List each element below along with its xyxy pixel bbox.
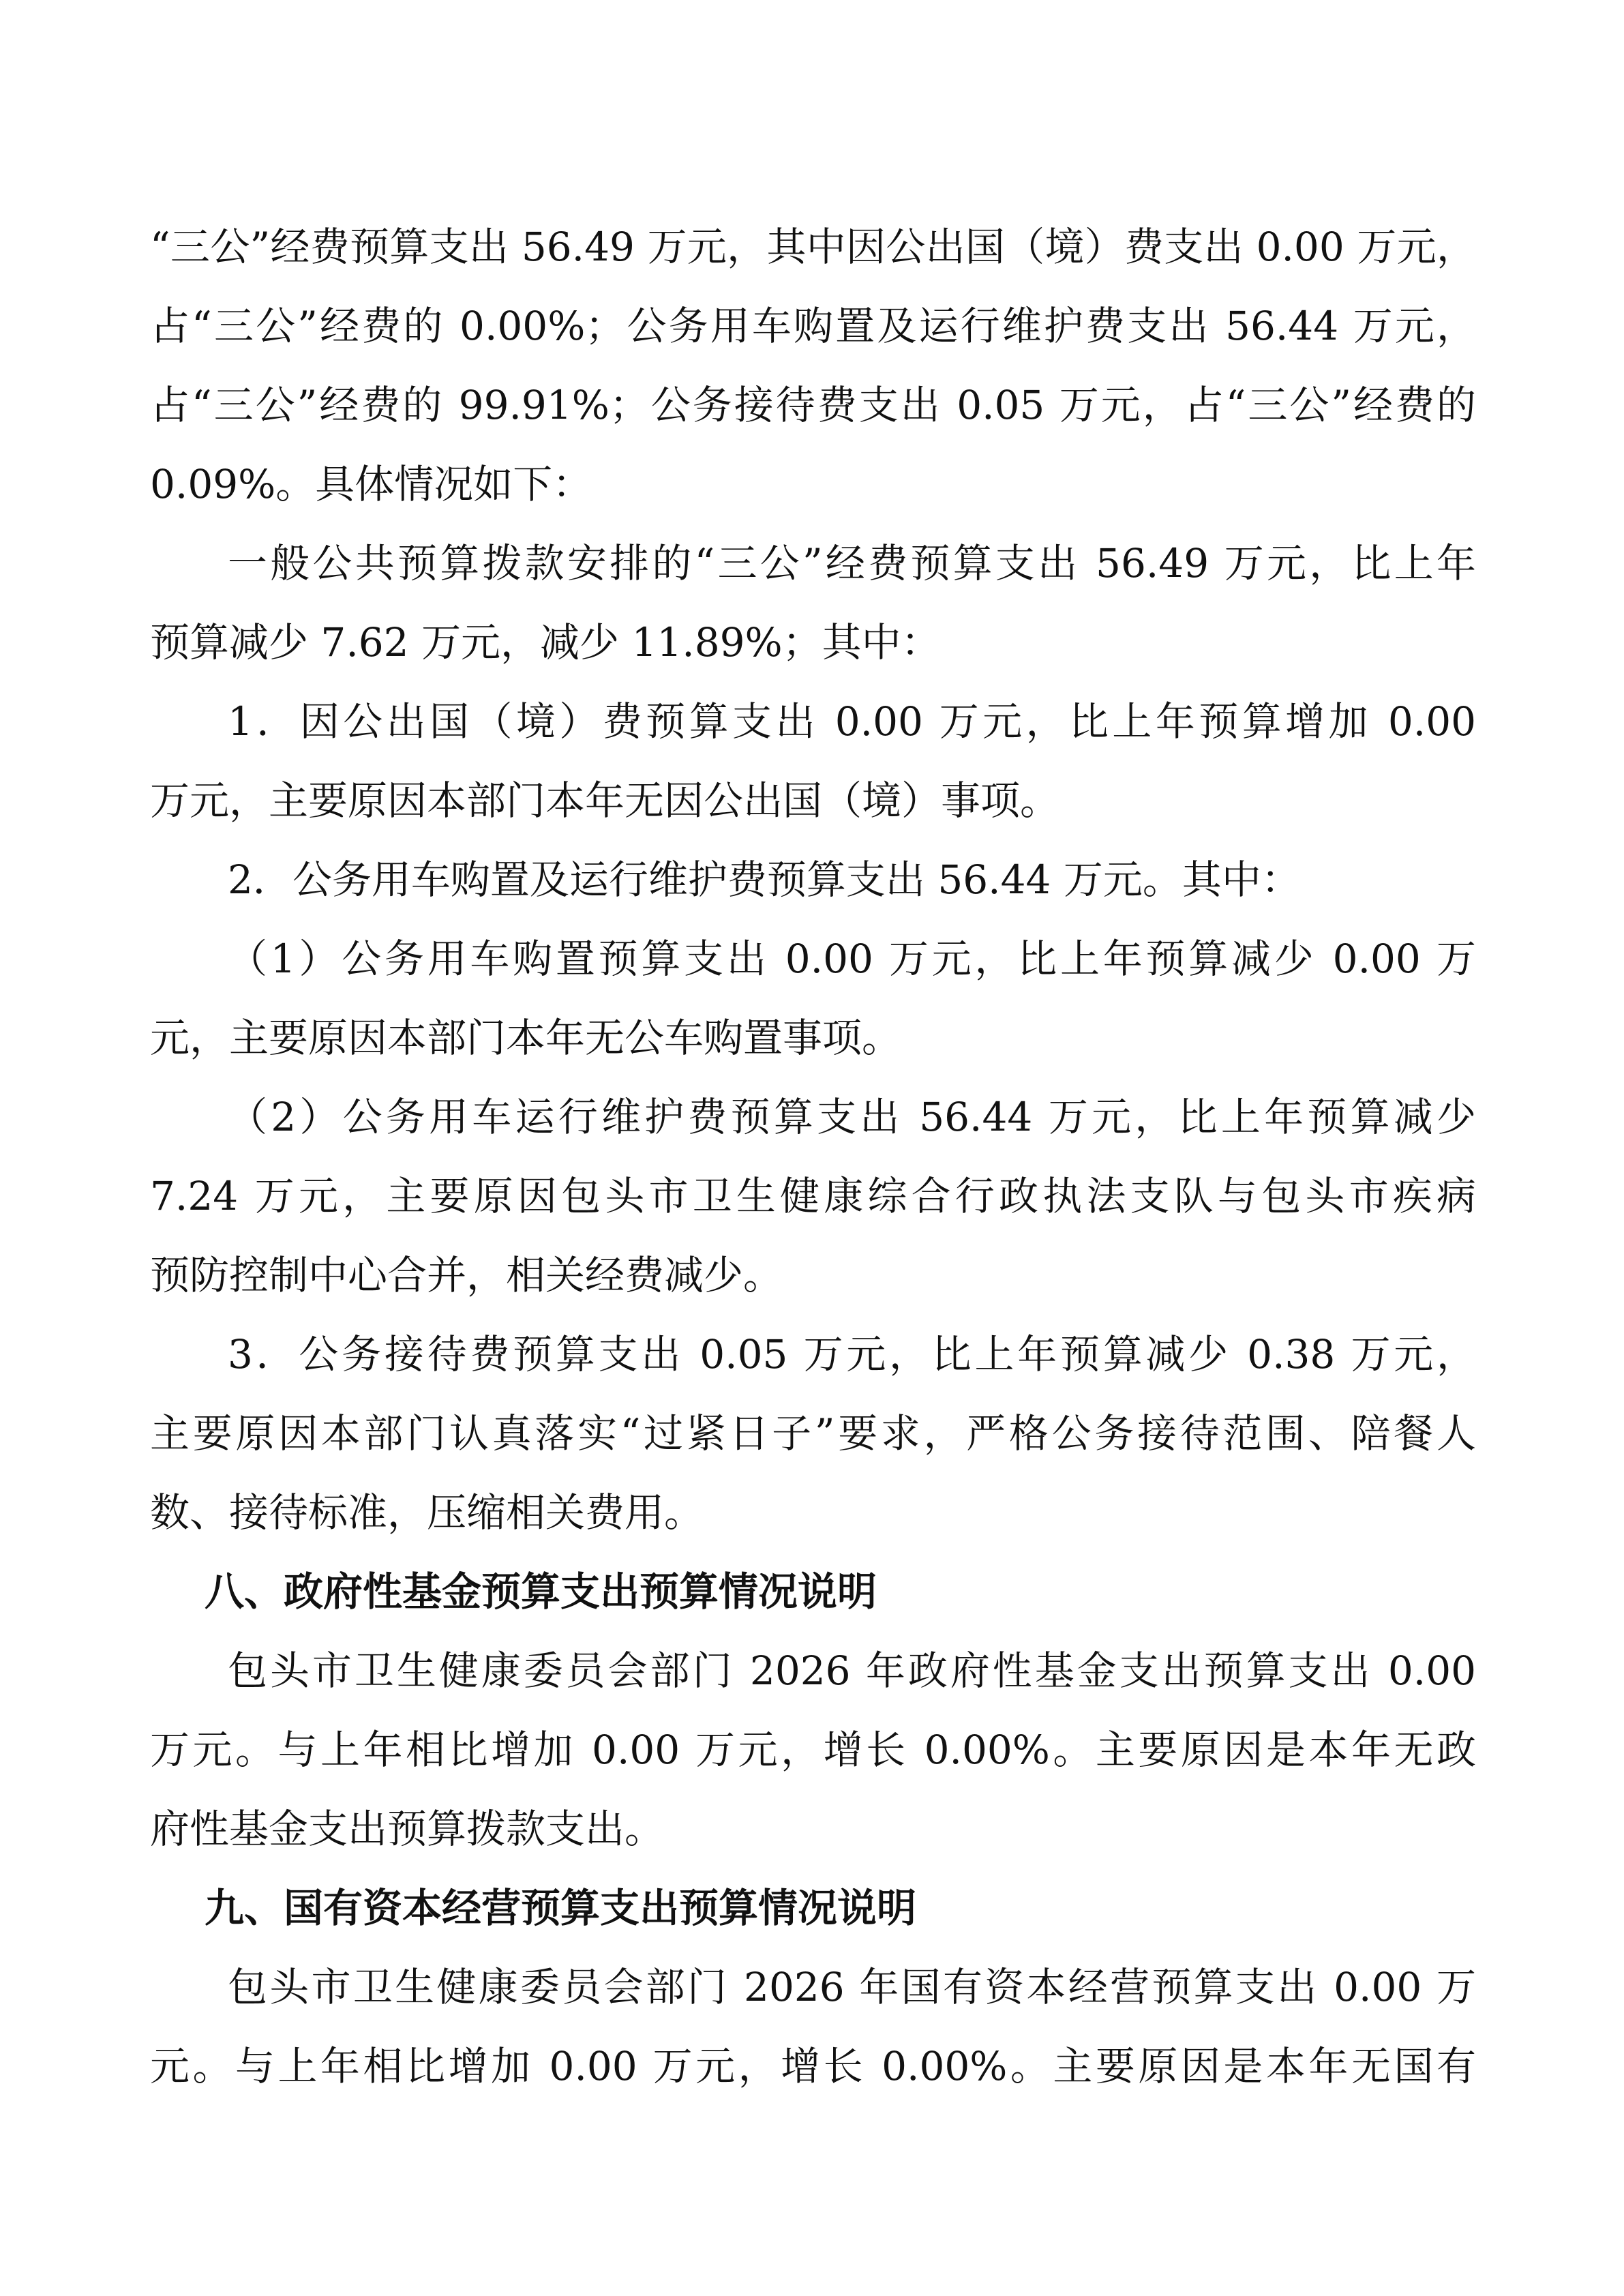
body-line: 包头市卫生健康委员会部门 2026 年国有资本经营预算支出 0.00 万 [228, 1948, 1476, 2027]
body-line: “三公”经费预算支出 56.49 万元，其中因公出国（境）费支出 0.00 万元… [150, 207, 1476, 286]
body-line: 府性基金支出预算拨款支出。 [150, 1789, 1476, 1868]
list-item-line: 3．公务接待费预算支出 0.05 万元，比上年预算减少 0.38 万元， [228, 1315, 1476, 1394]
sub-item-line: （1）公务用车购置预算支出 0.00 万元，比上年预算减少 0.00 万 [228, 919, 1476, 998]
body-line: 占“三公”经费的 99.91%；公务接待费支出 0.05 万元，占“三公”经费的 [150, 366, 1476, 445]
body-line: 元。与上年相比增加 0.00 万元，增长 0.00%。主要原因是本年无国有 [150, 2027, 1476, 2106]
body-line: 占“三公”经费的 0.00%；公务用车购置及运行维护费支出 56.44 万元， [150, 286, 1476, 366]
list-item-line: 万元，主要原因本部门本年无因公出国（境）事项。 [150, 761, 1476, 840]
list-item-line: 主要原因本部门认真落实“过紧日子”要求，严格公务接待范围、陪餐人 [150, 1394, 1476, 1473]
sub-item-line: 7.24 万元，主要原因包头市卫生健康综合行政执法支队与包头市疾病 [150, 1157, 1476, 1236]
sub-item-line: 元，主要原因本部门本年无公车购置事项。 [150, 998, 1476, 1077]
list-item-line: 2．公务用车购置及运行维护费预算支出 56.44 万元。其中： [228, 840, 1476, 919]
body-line: 包头市卫生健康委员会部门 2026 年政府性基金支出预算支出 0.00 [228, 1631, 1476, 1710]
sub-item-line: （2）公务用车运行维护费预算支出 56.44 万元，比上年预算减少 [228, 1077, 1476, 1157]
document-page: “三公”经费预算支出 56.49 万元，其中因公出国（境）费支出 0.00 万元… [0, 0, 1624, 2296]
sub-item-line: 预防控制中心合并，相关经费减少。 [150, 1236, 1476, 1315]
body-line: 0.09%。具体情况如下： [150, 445, 1476, 524]
section-heading: 九、国有资本经营预算支出预算情况说明 [205, 1868, 1476, 1948]
body-line: 一般公共预算拨款安排的“三公”经费预算支出 56.49 万元，比上年 [228, 524, 1476, 603]
list-item-line: 数、接待标准，压缩相关费用。 [150, 1473, 1476, 1552]
section-heading: 八、政府性基金预算支出预算情况说明 [205, 1552, 1476, 1631]
body-line: 预算减少 7.62 万元，减少 11.89%；其中： [150, 603, 1476, 682]
list-item-line: 1．因公出国（境）费预算支出 0.00 万元，比上年预算增加 0.00 [228, 682, 1476, 761]
body-line: 万元。与上年相比增加 0.00 万元，增长 0.00%。主要原因是本年无政 [150, 1710, 1476, 1789]
